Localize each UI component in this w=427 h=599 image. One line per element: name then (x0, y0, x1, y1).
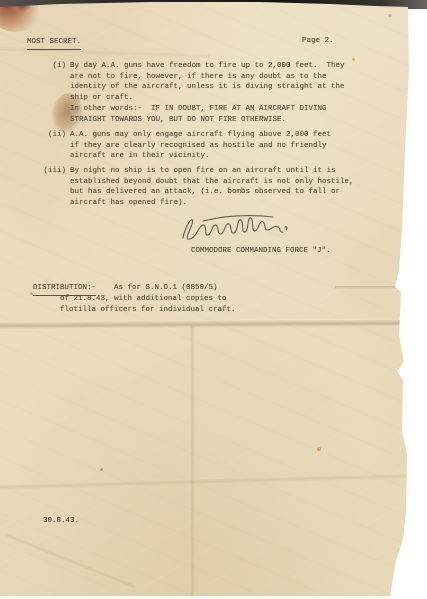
item-text: By day A.A. guns have freedom to fire up… (70, 61, 345, 103)
stain-speck (352, 58, 355, 61)
page-number: Page 2. (302, 36, 334, 47)
crease-vertical (189, 326, 195, 598)
body-item-i: (i) By day A.A. guns have freedom to fir… (28, 61, 345, 103)
distribution-reference: As for S.N.O.1 (0850/5) (114, 283, 218, 294)
item-label: (i) (28, 61, 66, 103)
signature-scrawl (175, 212, 293, 246)
paper-sheet: MOST SECRET. Page 2. (i) By day A.A. gun… (0, 0, 427, 599)
stain-speck (100, 468, 103, 471)
item-text: In other words:- IF IN DOUBT, FIRE AT AN… (70, 104, 327, 125)
classification-stamp: MOST SECRET. (27, 37, 81, 50)
signed-by-line: COMMODORE COMMANDING FORCE "J". (191, 246, 331, 257)
item-label: (ii) (28, 130, 66, 162)
scanned-document: MOST SECRET. Page 2. (i) By day A.A. gun… (0, 0, 427, 599)
crease-bottom-left (4, 532, 136, 589)
crease-edge-tear (335, 286, 407, 290)
body-item-iii: (iii) By night no ship is to open fire o… (28, 166, 354, 208)
crease-lower-fold (0, 472, 427, 490)
distribution-continuation: of 21.8.43, with additional copies to fl… (60, 294, 236, 315)
item-label: (iii) (28, 166, 66, 208)
crease-main-fold (0, 319, 427, 330)
body-item-in-other-words: In other words:- IF IN DOUBT, FIRE AT AN… (28, 104, 327, 125)
item-text: A.A. guns may only engage aircraft flyin… (70, 130, 331, 162)
stain-speck (317, 447, 321, 451)
item-text: By night no ship is to open fire on an a… (70, 166, 354, 208)
date-note: 30.8.43. (43, 516, 79, 527)
item-label (28, 104, 66, 125)
stain-speck (388, 14, 392, 17)
body-item-ii: (ii) A.A. guns may only engage aircraft … (28, 130, 331, 162)
